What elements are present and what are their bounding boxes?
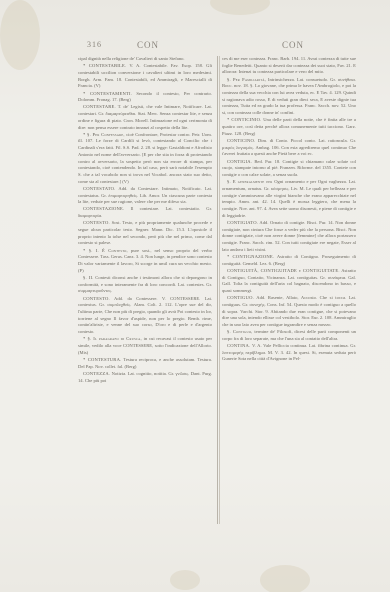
- dictionary-entry: * §. Per Confessare, cioè Confrontare, P…: [78, 132, 212, 186]
- dictionary-entry: CONTIGIA. Bed. Pur. 18. Contigie si chia…: [222, 159, 356, 179]
- entry-headword: CONTIGIATO.: [227, 220, 258, 225]
- dictionary-entry: CONTESTAZIONE. Il contestare. Lat. conte…: [78, 206, 212, 219]
- column-divider: [217, 56, 218, 524]
- entry-text: Add. da Contessere. V. CONTESSERE. Lat. …: [78, 296, 212, 335]
- entry-headword: CONTICINO.: [227, 138, 255, 143]
- entry-headword: CONTESTATO.: [83, 186, 116, 191]
- right-column: ces di me eser contezza. Franc. Barb. 19…: [222, 56, 356, 364]
- dictionary-entry: CONTICINO. Dim. di Conto. Piccol conto. …: [222, 138, 356, 158]
- entry-headword: * §. Per Confessare,: [83, 132, 125, 137]
- entry-headword: CONTEZZA.: [83, 371, 110, 376]
- entry-headword: * CONTESTAMENTI.: [83, 91, 132, 96]
- dictionary-entry: * CONTIGNAZIONE. Astratto di Contigno. P…: [222, 254, 356, 267]
- paper-stain: [0, 0, 40, 70]
- dictionary-entry: CONTIGUO. Add. Rasente, Allato, Accosto.…: [222, 295, 356, 329]
- running-head-right: CON: [282, 40, 304, 50]
- paper-stain: [260, 565, 310, 592]
- column-divider: [219, 56, 220, 524]
- entry-text: Intrinsichezza. Lat. consuetudo. Gr. συν…: [222, 77, 356, 116]
- dictionary-entry: CONTEZZA. Notizia. Lat. cognitio, notiti…: [78, 371, 212, 384]
- dictionary-entry: CONTESTO. Add. da Contessere. V. CONTESS…: [78, 296, 212, 336]
- running-head-left: CON: [137, 40, 159, 50]
- entry-text: Ogni ornamento e per Ogni vaghezza. Lat.…: [222, 179, 356, 218]
- entry-headword: * CONTESTABILE.: [83, 63, 126, 68]
- entry-headword: §. Contiguo,: [227, 329, 253, 334]
- entry-headword: CONTESTO.: [83, 220, 110, 225]
- entry-headword: * CONTESTURA.: [83, 357, 121, 362]
- dictionary-entry: §. E generalmente per Ogni ornamento e p…: [222, 179, 356, 219]
- scanned-page: 316 CON CON cipal dignità nella religion…: [0, 0, 390, 592]
- dictionary-entry: cipal dignità nella religione de' Cavali…: [78, 56, 212, 63]
- page-number: 316: [87, 40, 102, 49]
- dictionary-entry: * §. I. È Contesto, pure sost., nel sens…: [78, 248, 212, 275]
- dictionary-entry: CONTESTATO. Add. da Contestare. Intimato…: [78, 186, 212, 206]
- entry-headword: * CONTIGNAZIONE.: [227, 254, 274, 259]
- dictionary-entry: CONTIGUITÀ, CONTIGUITADE e CONTIGUITATE.…: [222, 268, 356, 295]
- entry-headword: CONTESTO.: [83, 296, 110, 301]
- dictionary-entry: * CONTESTURA. Testura reciproca, e anche…: [78, 357, 212, 370]
- entry-headword: §. E generalmente per: [227, 179, 272, 184]
- dictionary-entry: * CONTESTABILE. V. A. Contestabile. Fav.…: [78, 63, 212, 90]
- paper-stain: [210, 0, 270, 15]
- paper-stain: [170, 570, 200, 590]
- left-column: cipal dignità nella religione de' Cavali…: [78, 56, 212, 385]
- entry-headword: * §. I. È Contesto,: [83, 248, 128, 253]
- dictionary-entry: CONTESTARE. T. de' Legisti, che vale Int…: [78, 104, 212, 131]
- entry-headword: CONTINA.: [227, 343, 250, 348]
- dictionary-entry: §. Per Familiarità, Intrinsichezza. Lat.…: [222, 77, 356, 117]
- entry-headword: CONTIGUO.: [227, 295, 254, 300]
- entry-text: ces di me eser contezza. Franc. Barb. 19…: [222, 56, 356, 74]
- dictionary-entry: * CONTESTAMENTI. Secondo il contesto, Pe…: [78, 91, 212, 104]
- entry-text: cipal dignità nella religione de' Cavali…: [78, 56, 185, 61]
- dictionary-entry: ces di me eser contezza. Franc. Barb. 19…: [222, 56, 356, 76]
- entry-headword: * CONTICINIO.: [227, 117, 262, 122]
- entry-headword: §. II.: [83, 275, 94, 280]
- dictionary-entry: §. Contiguo, termine de' Filosofi, dices…: [222, 329, 356, 342]
- entry-headword: CONTIGIA.: [227, 159, 252, 164]
- entry-headword: CONTESTAZIONE.: [83, 206, 124, 211]
- dictionary-entry: CONTINA. V. A. Vale Pelliccia continua. …: [222, 343, 356, 363]
- page-header: 316 CON CON: [82, 40, 372, 54]
- entry-headword: CONTESTARE.: [83, 104, 116, 109]
- entry-headword: §. Per Familiarità,: [227, 77, 266, 82]
- dictionary-entry: §. II. Contesti diconsi anche i testimon…: [78, 275, 212, 295]
- dictionary-entry: CONTESTO. Sost. Testo, e più propriament…: [78, 220, 212, 247]
- entry-text: Contesti diconsi anche i testimoni allor…: [78, 275, 212, 293]
- dictionary-entry: * CONTICINIO. Una delle parti della nott…: [222, 117, 356, 137]
- entry-headword: CONTIGUITÀ, CONTIGUITADE e CONTIGUITATE.: [227, 268, 340, 273]
- entry-headword: * §. Il paragrafo di Crusca,: [83, 336, 142, 341]
- dictionary-entry: CONTIGIATO. Add. Ornato di contigie. Bis…: [222, 220, 356, 254]
- dictionary-entry: * §. Il paragrafo di Crusca, in cui reca…: [78, 336, 212, 356]
- entry-text: cioè Confrontare, Protestar contro. Petr…: [78, 132, 212, 184]
